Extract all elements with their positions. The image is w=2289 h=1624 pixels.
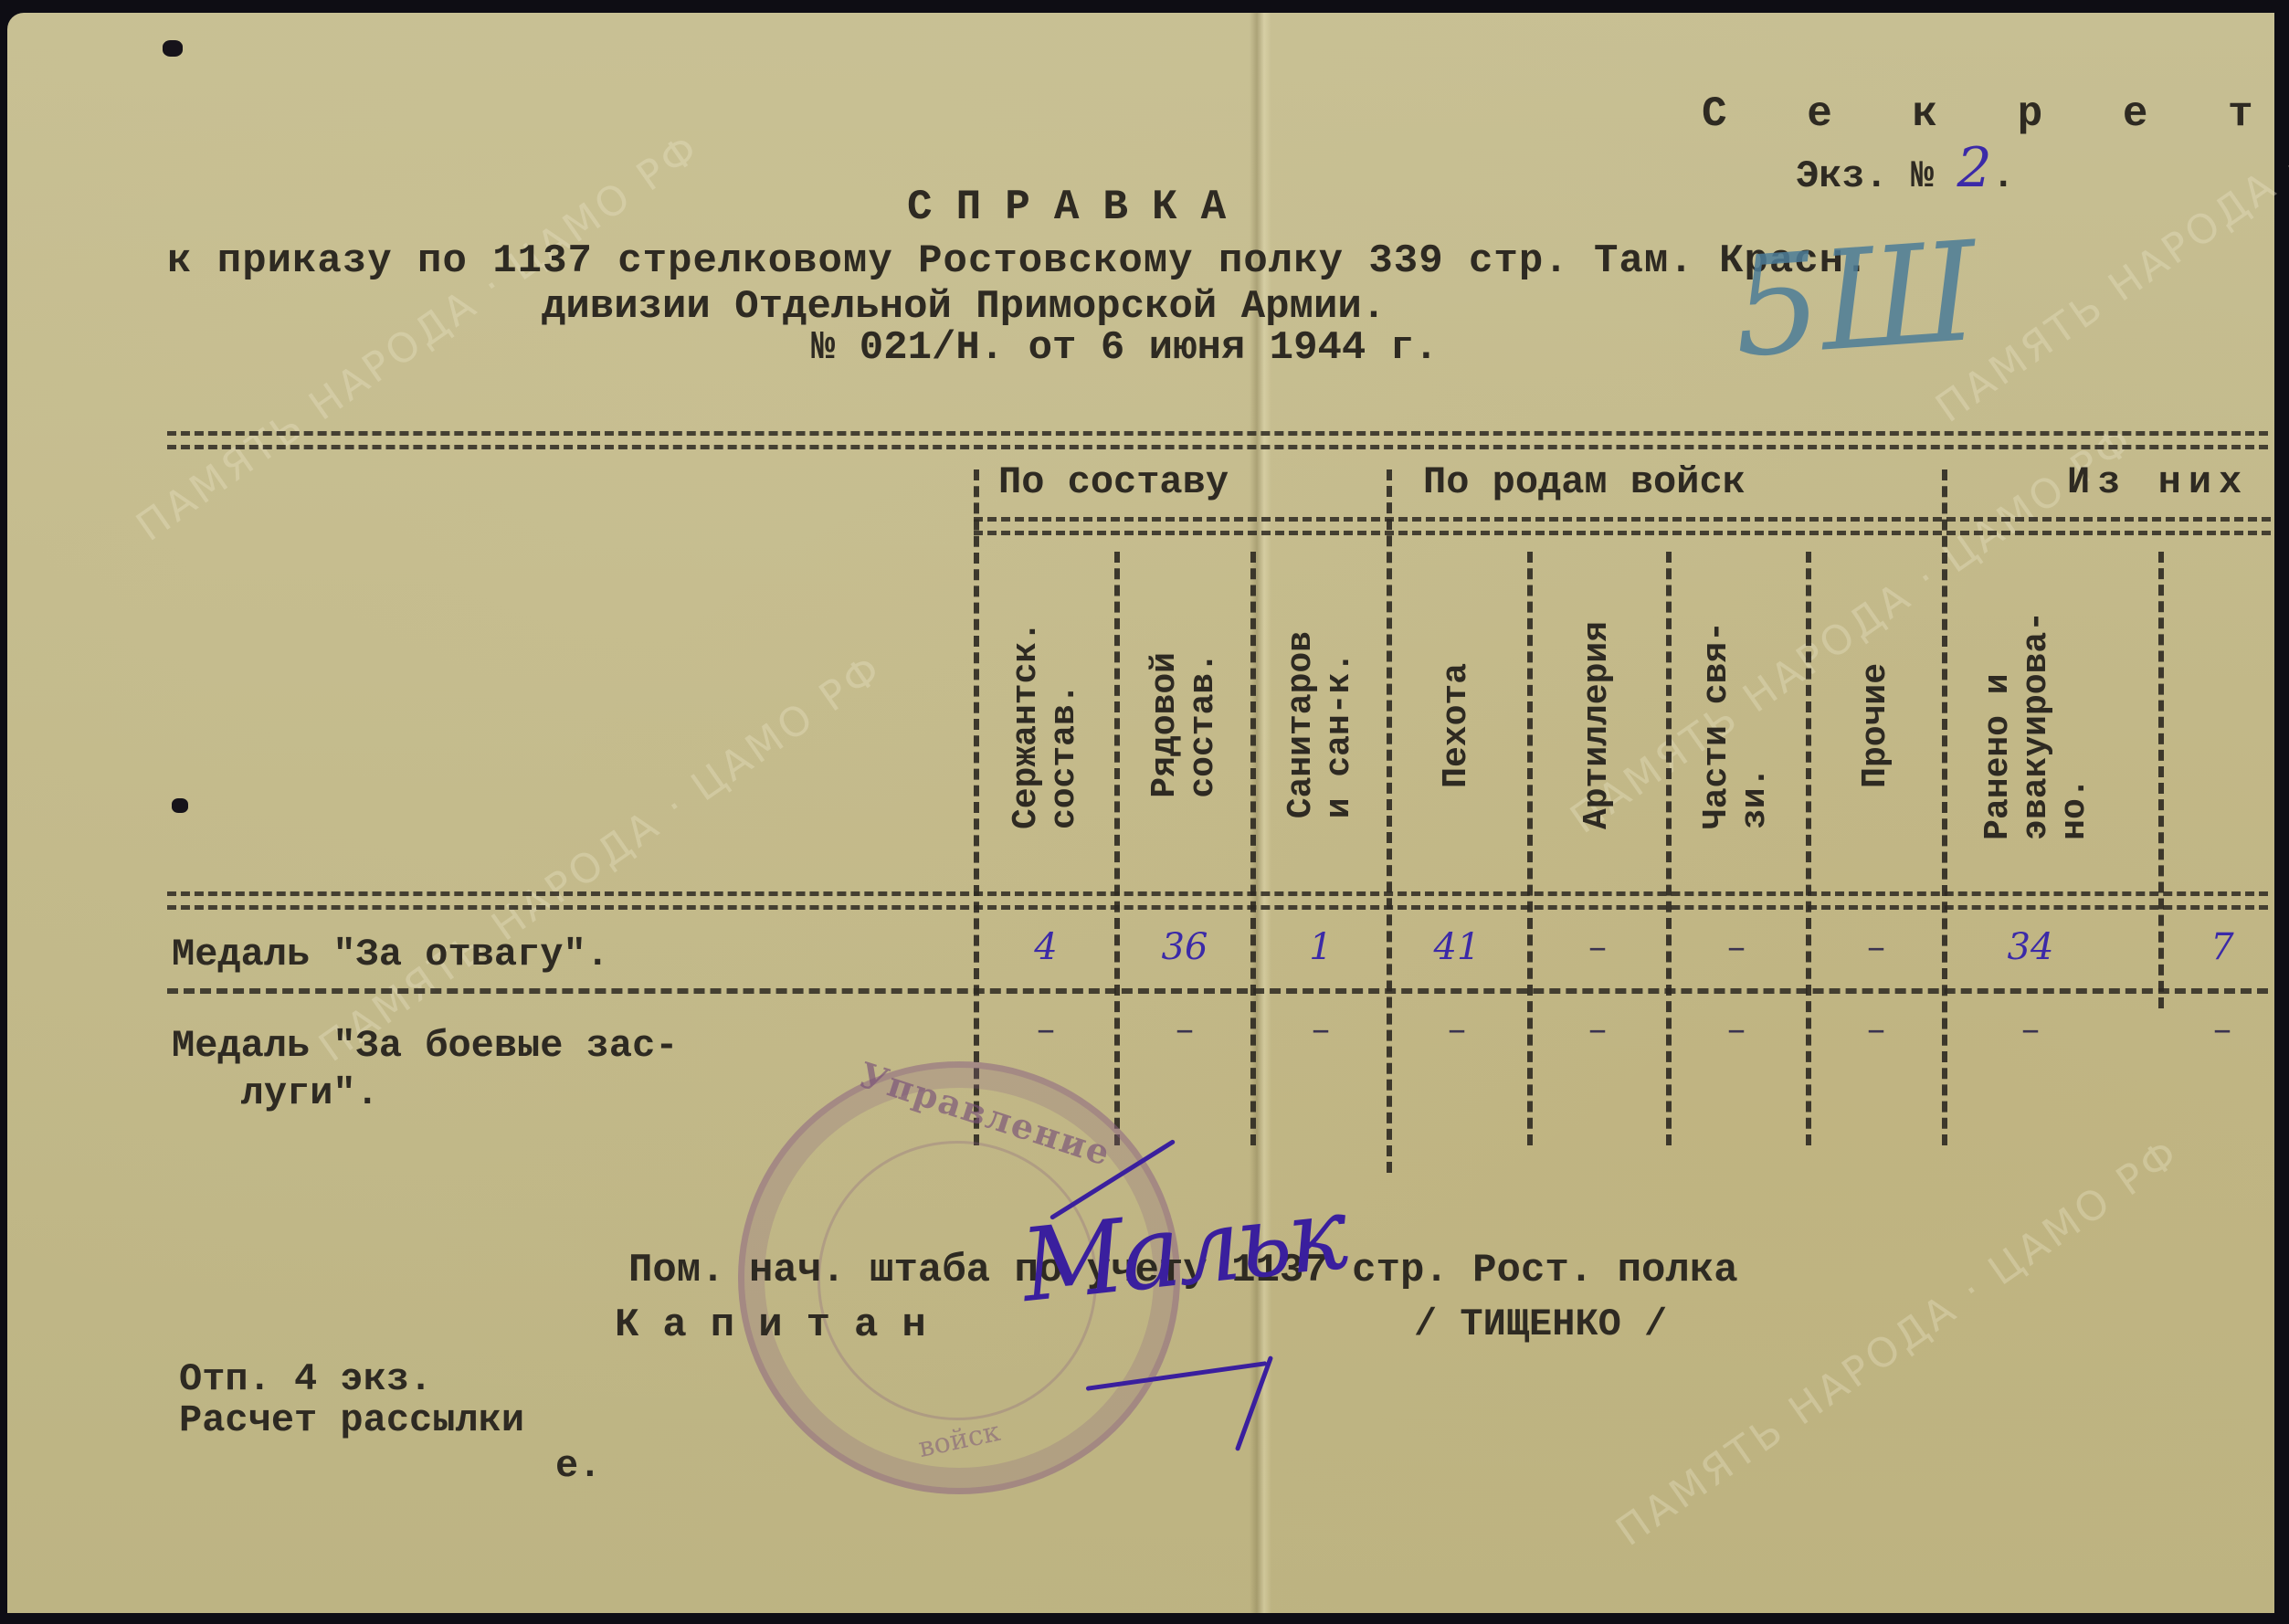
stamp-text: войск (915, 1416, 1003, 1464)
group-header-rule (974, 517, 2271, 535)
table-top-rule (167, 431, 2268, 449)
document-title: СПРАВКА (907, 186, 1250, 228)
distribution-calc: Расчет рассылки (179, 1401, 524, 1439)
table-cell: – (1962, 1008, 2099, 1050)
distribution-note: е. (555, 1447, 601, 1485)
table-cell: – (1808, 926, 1945, 968)
row-label-medal-courage: Медаль "За отвагу". (172, 931, 609, 978)
table-cell: – (1252, 1008, 1389, 1050)
document-subtitle: к приказу по 1137 стрелковому Ростовском… (167, 241, 1870, 281)
table-cell: 1 (1252, 926, 1389, 968)
pencil-annotation: 5Ш (1728, 213, 1982, 388)
table-cell: 4 (977, 926, 1114, 968)
table-cell: – (1529, 926, 1666, 968)
column-header-signals: Части свя- зи. (1670, 552, 1802, 899)
row-label-medal-merit: Медаль "За боевые зас- луги". (172, 1022, 679, 1117)
group-header-of-them: Из них (2067, 460, 2249, 504)
order-number: № 021/Н. от 6 июня 1944 г. (811, 328, 1439, 368)
table-cell: 7 (2154, 926, 2289, 968)
paper-damage (163, 40, 183, 57)
group-header-composition: По составу (998, 460, 1229, 504)
table-cell: – (2154, 1008, 2289, 1050)
column-header-extra (2163, 552, 2289, 899)
classification-label: С е к р е т н о (1702, 93, 2289, 135)
column-header-medics: Санитаров и сан-к. (1254, 552, 1387, 899)
watermark: ПАМЯТЬ НАРОДА · ЦАМО РФ (311, 645, 891, 1071)
table-cell: – (1668, 1008, 1805, 1050)
watermark: ПАМЯТЬ НАРОДА · ЦАМО РФ (128, 124, 709, 551)
copy-number: Экз. № 2. (1796, 141, 2015, 195)
group-header-branches: По родам войск (1423, 460, 1746, 504)
column-header-infantry: Пехота (1390, 552, 1523, 899)
table-cell: – (1116, 1008, 1253, 1050)
column-header-sergeants: Сержантск. состав. (979, 552, 1112, 899)
table-cell: – (1808, 1008, 1945, 1050)
table-cell: 34 (1962, 926, 2099, 968)
column-header-artillery: Артиллерия (1531, 552, 1663, 899)
signatory-rank: Капитан (615, 1305, 950, 1345)
column-header-privates: Рядовой состав. (1118, 552, 1250, 899)
document-subtitle: дивизии Отдельной Приморской Армии. (542, 287, 1386, 327)
watermark: ПАМЯТЬ НАРОДА · ЦАМО РФ (1608, 1129, 2189, 1555)
table-cell: – (1668, 926, 1805, 968)
distribution-copies: Отп. 4 экз. (179, 1360, 432, 1398)
signatory-name: / ТИЩЕНКО / (1414, 1305, 1667, 1344)
row-divider (167, 988, 2268, 994)
table-cell: 41 (1388, 926, 1525, 968)
table-cell: – (1388, 1008, 1525, 1050)
paper-damage (172, 798, 188, 813)
table-cell: – (977, 1008, 1114, 1050)
column-header-other: Прочие (1809, 552, 1942, 899)
column-header-wounded: Ранено и эвакуирова- но. (1946, 552, 2128, 899)
table-cell: 36 (1116, 926, 1253, 968)
table-cell: – (1529, 1008, 1666, 1050)
document-sheet: ПАМЯТЬ НАРОДА · ЦАМО РФ ПАМЯТЬ НАРОДА · … (7, 13, 2274, 1613)
